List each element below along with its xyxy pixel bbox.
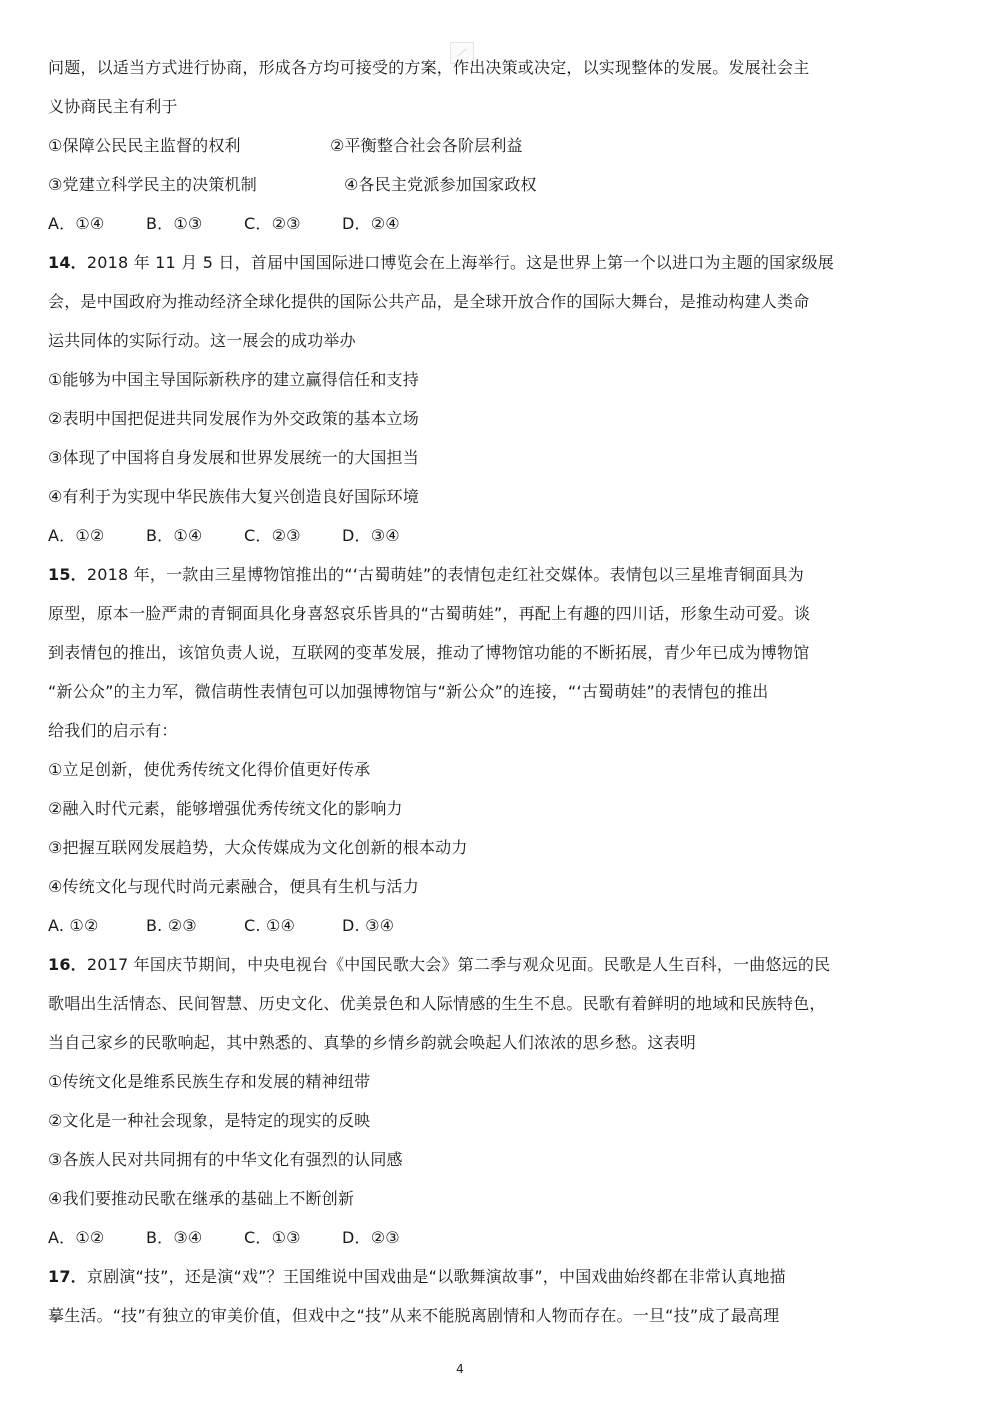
- question-13-tail: 问题，以适当方式进行协商，形成各方均可接受的方案，作出决策或决定，以实现整体的发…: [48, 48, 878, 243]
- option-1: ①传统文化是维系民族生存和发展的精神纽带: [48, 1062, 878, 1101]
- question-stem: 京剧演“技”，还是演“戏”？王国维说中国戏曲是“以歌舞演故事”，中国戏曲始终都在…: [87, 1267, 786, 1286]
- choice-b: B．①④: [146, 516, 244, 555]
- choice-a: A．①④: [48, 204, 146, 243]
- choice-a: A. ①②: [48, 906, 146, 945]
- question-number: 14．: [48, 253, 87, 272]
- option-3: ③各族人民对共同拥有的中华文化有强烈的认同感: [48, 1140, 878, 1179]
- page-number: 4: [0, 1362, 920, 1376]
- question-17: 17．京剧演“技”，还是演“戏”？王国维说中国戏曲是“以歌舞演故事”，中国戏曲始…: [48, 1257, 878, 1335]
- option-3: ③党建立科学民主的决策机制: [48, 165, 344, 204]
- option-4: ④有利于为实现中华民族伟大复兴创造良好国际环境: [48, 477, 878, 516]
- question-stem: 2018 年，一款由三星博物馆推出的“‘古蜀萌娃”的表情包走红社交媒体。表情包以…: [87, 565, 804, 584]
- question-text-line: 到表情包的推出，该馆负责人说，互联网的变革发展，推动了博物馆功能的不断拓展，青少…: [48, 633, 878, 672]
- question-text-line: 当自己家乡的民歌响起，其中熟悉的、真挚的乡情乡韵就会唤起人们浓浓的思乡愁。这表明: [48, 1023, 878, 1062]
- question-16: 16．2017 年国庆节期间，中央电视台《中国民歌大会》第二季与观众见面。民歌是…: [48, 945, 878, 1257]
- option-3: ③体现了中国将自身发展和世界发展统一的大国担当: [48, 438, 878, 477]
- answer-choices: A. ①②B. ②③C. ①④D. ③④: [48, 906, 878, 945]
- choice-a: A．①②: [48, 516, 146, 555]
- question-text-line: 义协商民主有利于: [48, 87, 878, 126]
- choice-d: D．②④: [342, 204, 440, 243]
- option-1: ①保障公民民主监督的权利: [48, 126, 330, 165]
- question-text-line: “新公众”的主力军，微信萌性表情包可以加强博物馆与“新公众”的连接，“‘古蜀萌娃…: [48, 672, 878, 711]
- option-row: ③党建立科学民主的决策机制④各民主党派参加国家政权: [48, 165, 878, 204]
- option-row: ①保障公民民主监督的权利②平衡整合社会各阶层利益: [48, 126, 878, 165]
- choice-d: D. ③④: [342, 906, 440, 945]
- question-number: 17．: [48, 1267, 87, 1286]
- option-1: ①能够为中国主导国际新秩序的建立赢得信任和支持: [48, 360, 878, 399]
- option-4: ④传统文化与现代时尚元素融合，便具有生机与活力: [48, 867, 878, 906]
- option-2: ②表明中国把促进共同发展作为外交政策的基本立场: [48, 399, 878, 438]
- choice-c: C．②③: [244, 204, 342, 243]
- answer-choices: A．①②B．①④C．②③D．③④: [48, 516, 878, 555]
- choice-a: A．①②: [48, 1218, 146, 1257]
- question-stem: 2018 年 11 月 5 日，首届中国国际进口博览会在上海举行。这是世界上第一…: [87, 253, 834, 272]
- option-3: ③把握互联网发展趋势，大众传媒成为文化创新的根本动力: [48, 828, 878, 867]
- question-14: 14．2018 年 11 月 5 日，首届中国国际进口博览会在上海举行。这是世界…: [48, 243, 878, 555]
- option-1: ①立足创新，使优秀传统文化得价值更好传承: [48, 750, 878, 789]
- option-2: ②文化是一种社会现象，是特定的现实的反映: [48, 1101, 878, 1140]
- option-2: ②平衡整合社会各阶层利益: [330, 126, 523, 165]
- question-text-line: 17．京剧演“技”，还是演“戏”？王国维说中国戏曲是“以歌舞演故事”，中国戏曲始…: [48, 1257, 878, 1296]
- question-number: 16．: [48, 955, 87, 974]
- option-2: ②融入时代元素，能够增强优秀传统文化的影响力: [48, 789, 878, 828]
- exam-page: 问题，以适当方式进行协商，形成各方均可接受的方案，作出决策或决定，以实现整体的发…: [48, 48, 878, 1335]
- question-text-line: 16．2017 年国庆节期间，中央电视台《中国民歌大会》第二季与观众见面。民歌是…: [48, 945, 878, 984]
- choice-b: B．③④: [146, 1218, 244, 1257]
- question-stem: 2017 年国庆节期间，中央电视台《中国民歌大会》第二季与观众见面。民歌是人生百…: [87, 955, 830, 974]
- question-number: 15．: [48, 565, 87, 584]
- question-text-line: 摹生活。“技”有独立的审美价值，但戏中之“技”从来不能脱离剧情和人物而存在。一旦…: [48, 1296, 878, 1335]
- question-text-line: 给我们的启示有：: [48, 711, 878, 750]
- choice-b: B．①③: [146, 204, 244, 243]
- option-4: ④各民主党派参加国家政权: [344, 165, 537, 204]
- question-text-line: 问题，以适当方式进行协商，形成各方均可接受的方案，作出决策或决定，以实现整体的发…: [48, 48, 878, 87]
- choice-b: B. ②③: [146, 906, 244, 945]
- answer-choices: A．①④B．①③C．②③D．②④: [48, 204, 878, 243]
- question-text-line: 运共同体的实际行动。这一展会的成功举办: [48, 321, 878, 360]
- choice-d: D．③④: [342, 516, 440, 555]
- choice-d: D．②③: [342, 1218, 440, 1257]
- question-text-line: 会，是中国政府为推动经济全球化提供的国际公共产品，是全球开放合作的国际大舞台，是…: [48, 282, 878, 321]
- answer-choices: A．①②B．③④C．①③D．②③: [48, 1218, 878, 1257]
- question-15: 15．2018 年，一款由三星博物馆推出的“‘古蜀萌娃”的表情包走红社交媒体。表…: [48, 555, 878, 945]
- question-text-line: 15．2018 年，一款由三星博物馆推出的“‘古蜀萌娃”的表情包走红社交媒体。表…: [48, 555, 878, 594]
- question-text-line: 原型，原本一脸严肃的青铜面具化身喜怒哀乐皆具的“古蜀萌娃”，再配上有趣的四川话，…: [48, 594, 878, 633]
- option-4: ④我们要推动民歌在继承的基础上不断创新: [48, 1179, 878, 1218]
- choice-c: C. ①④: [244, 906, 342, 945]
- choice-c: C．②③: [244, 516, 342, 555]
- question-text-line: 歌唱出生活情态、民间智慧、历史文化、优美景色和人际情感的生生不息。民歌有着鲜明的…: [48, 984, 878, 1023]
- question-text-line: 14．2018 年 11 月 5 日，首届中国国际进口博览会在上海举行。这是世界…: [48, 243, 878, 282]
- choice-c: C．①③: [244, 1218, 342, 1257]
